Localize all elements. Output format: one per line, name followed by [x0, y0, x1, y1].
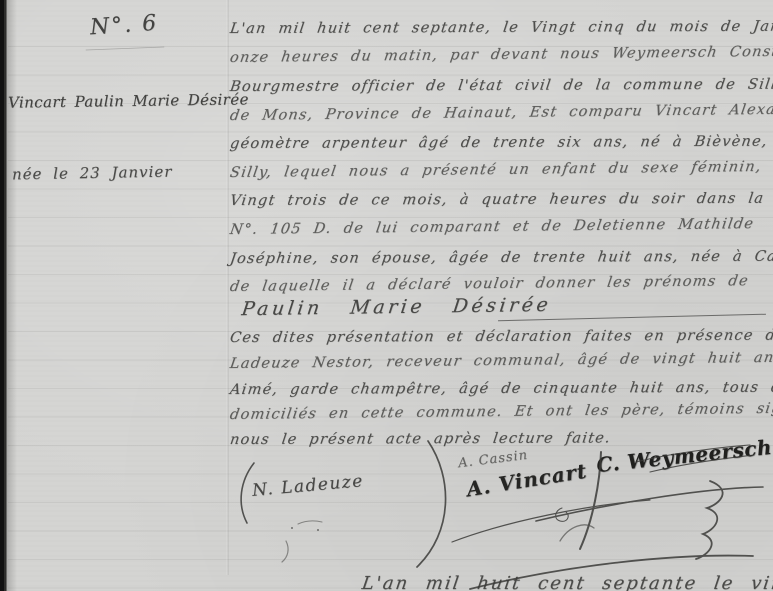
paraph-stroke	[298, 521, 322, 524]
scanned-register-page: N°. 6 Vincart Paulin Marie Désirée née l…	[0, 0, 773, 591]
act-body-line: géomètre arpenteur âgé de trente six ans…	[229, 133, 773, 152]
act-body-line: onze heures du matin, par devant nous We…	[229, 42, 773, 66]
ink-dot	[317, 529, 319, 531]
act-number-underline	[86, 47, 164, 50]
act-closing-line: Aimé, garde champêtre, âgé de cinquante …	[229, 379, 773, 398]
given-names-line: Paulin Marie Désirée	[240, 294, 552, 320]
scan-binding-edge	[0, 0, 7, 591]
act-body-line: Joséphine, son épouse, âgée de trente hu…	[229, 248, 773, 267]
paraph-stroke	[536, 487, 763, 521]
act-closing-line: Ladeuze Nestor, receveur communal, âgé d…	[229, 349, 773, 372]
act-closing-line: domiciliés en cette commune. Et ont les …	[229, 400, 773, 423]
act-body-line: L'an mil huit cent septante, le Vingt ci…	[229, 18, 773, 37]
ink-dot	[291, 527, 293, 529]
fold-crease	[226, 0, 229, 575]
act-closing-line: Ces dites présentation et déclaration fa…	[229, 327, 773, 346]
paraph-stroke	[282, 541, 288, 562]
scan-edge-shadow	[7, 0, 17, 591]
paraph-stroke	[452, 500, 650, 542]
act-number: N°. 6	[89, 11, 159, 41]
margin-birth-date: née le 23 Janvier	[12, 163, 173, 184]
act-body-line: Bourgmestre officier de l'état civil de …	[229, 76, 773, 95]
paraph-stroke	[696, 481, 723, 559]
act-body-line: Vingt trois de ce mois, à quatre heures …	[229, 190, 773, 209]
paraph-stroke	[560, 525, 594, 541]
act-body-line: N°. 105 D. de lui comparant et de Deleti…	[229, 216, 755, 238]
paraph-stroke	[417, 441, 446, 567]
signature-witness-ladeuze: N. Ladeuze	[251, 471, 364, 501]
act-body-line: de laquelle il a déclaré vouloir donner …	[229, 273, 750, 295]
paraph-stroke	[556, 508, 569, 521]
signature-witness-cassin: A. Cassin	[457, 448, 529, 471]
ruled-guidelines	[8, 46, 773, 591]
act-body-line: Silly, lequel nous a présenté un enfant …	[229, 158, 773, 181]
margin-child-name: Vincart Paulin Marie Désirée	[8, 90, 249, 111]
next-act-fragment: L'an mil huit cent septante le vingt six…	[361, 573, 773, 591]
signature-officer-weymeersch: C. Weymeersch	[595, 435, 773, 477]
act-closing-line: nous le présent acte après lecture faite…	[229, 430, 612, 448]
act-body-line: de Mons, Province de Hainaut, Est compar…	[229, 101, 773, 124]
